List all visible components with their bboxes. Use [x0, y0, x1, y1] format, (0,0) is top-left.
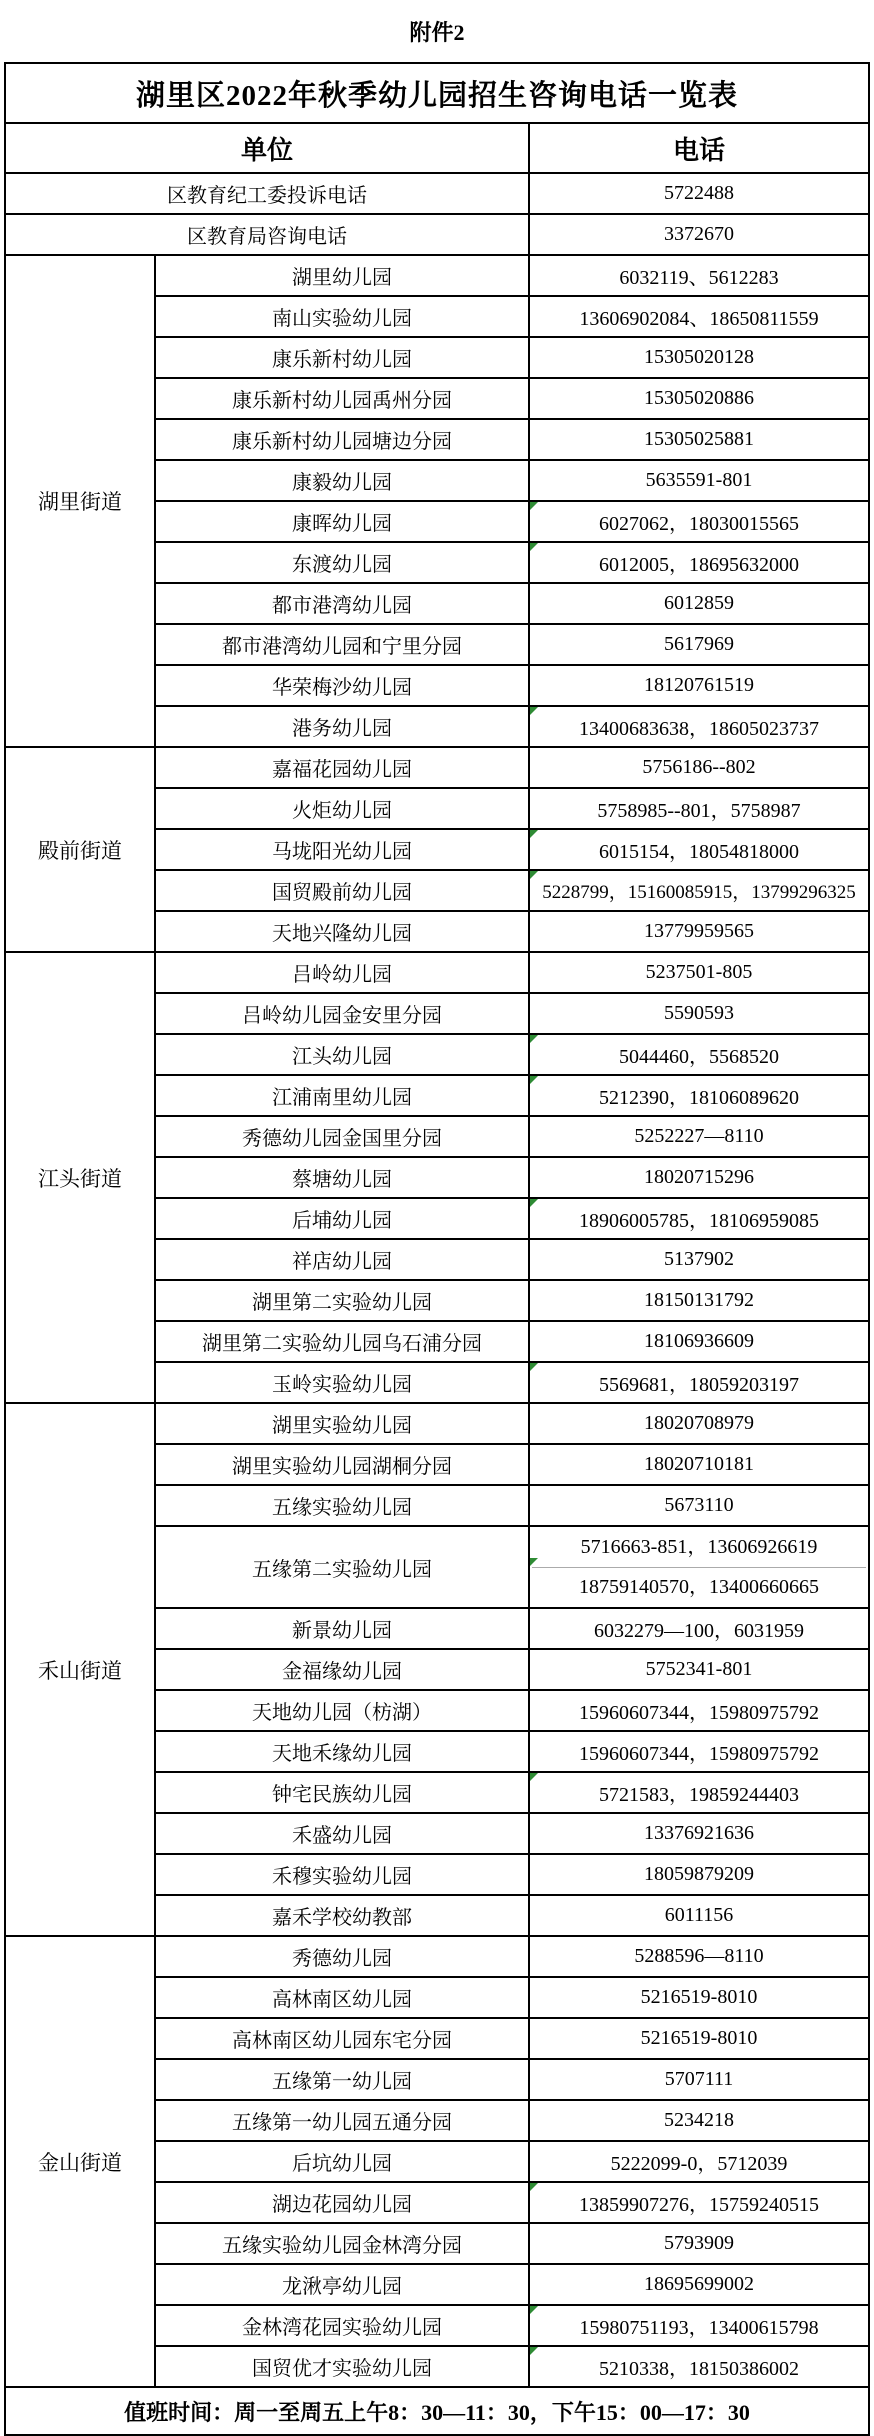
comment-marker-icon: [530, 2306, 538, 2314]
table-row: 区教育局咨询电话3372670: [5, 214, 869, 255]
facility-name: 湖里实验幼儿园湖桐分园: [232, 1456, 452, 1478]
unit-name-cell: 区教育纪工委投诉电话: [5, 173, 529, 214]
facility-name: 华荣梅沙幼儿园: [272, 677, 412, 699]
phone-cell: 5635591-801: [529, 460, 869, 501]
phone-value: 5752341-801: [646, 1658, 753, 1680]
facility-name: 禾穆实验幼儿园: [272, 1866, 412, 1888]
facility-name-cell: 东渡幼儿园: [155, 542, 529, 583]
comment-marker-icon: [530, 1076, 538, 1084]
facility-name-cell: 五缘第一幼儿园五通分园: [155, 2100, 529, 2141]
facility-name-cell: 湖里第二实验幼儿园乌石浦分园: [155, 1321, 529, 1362]
phone-value: 6012005，18695632000: [599, 554, 799, 576]
unit-name: 区教育纪工委投诉电话: [167, 185, 367, 207]
phone-cell: 18150131792: [529, 1280, 869, 1321]
phone-cell: 5793909: [529, 2223, 869, 2264]
phone-cell: 13376921636: [529, 1813, 869, 1854]
phone-cell: 6015154，18054818000: [529, 829, 869, 870]
phone-value: 13376921636: [644, 1822, 754, 1844]
street-group-cell: 湖里街道: [5, 255, 155, 747]
facility-name-cell: 钟宅民族幼儿园: [155, 1772, 529, 1813]
phone-value: 15305020128: [644, 346, 754, 368]
phone-value: 5673110: [664, 1494, 733, 1516]
phone-cell: 18120761519: [529, 665, 869, 706]
footer-row: 值班时间：周一至周五上午8：30—11：30，下午15：00—17：30: [5, 2387, 869, 2435]
facility-name-cell: 港务幼儿园: [155, 706, 529, 747]
phone-cell: 5722488: [529, 173, 869, 214]
facility-name-cell: 五缘第二实验幼儿园: [155, 1526, 529, 1608]
facility-name-cell: 五缘第一幼儿园: [155, 2059, 529, 2100]
phone-value: 18059879209: [644, 1863, 754, 1885]
phone-value: 5722488: [664, 182, 734, 204]
facility-name: 湖里幼儿园: [292, 267, 392, 289]
facility-name-cell: 火炬幼儿园: [155, 788, 529, 829]
phone-value: 6032119、5612283: [619, 267, 778, 289]
facility-name-cell: 后坑幼儿园: [155, 2141, 529, 2182]
phone-value: 15305020886: [644, 387, 754, 409]
phone-value: 5756186--802: [642, 756, 755, 778]
column-header-unit: 单位: [5, 123, 529, 173]
facility-name: 湖边花园幼儿园: [272, 2194, 412, 2216]
comment-marker-icon: [530, 2183, 538, 2191]
facility-name-cell: 康乐新村幼儿园禹州分园: [155, 378, 529, 419]
phone-cell: 5044460，5568520: [529, 1034, 869, 1075]
title-row: 湖里区2022年秋季幼儿园招生咨询电话一览表: [5, 63, 869, 123]
phone-value: 5212390，18106089620: [599, 1087, 799, 1109]
phone-value: 5222099-0，5712039: [611, 2153, 788, 2175]
phone-value: 5716663-851，13606926619: [532, 1528, 866, 1567]
facility-name-cell: 高林南区幼儿园: [155, 1977, 529, 2018]
phone-value: 13606902084、18650811559: [579, 308, 818, 330]
facility-name: 湖里实验幼儿园: [272, 1415, 412, 1437]
phone-value: 6032279—100，6031959: [594, 1620, 804, 1642]
street-group-cell: 殿前街道: [5, 747, 155, 952]
phone-cell: 15960607344，15980975792: [529, 1731, 869, 1772]
facility-name: 江头幼儿园: [292, 1046, 392, 1068]
facility-name-cell: 五缘实验幼儿园: [155, 1485, 529, 1526]
phone-cell: 6027062，18030015565: [529, 501, 869, 542]
facility-name-cell: 天地幼儿园（枋湖）: [155, 1690, 529, 1731]
table-row: 禾山街道湖里实验幼儿园18020708979: [5, 1403, 869, 1444]
table-row: 区教育纪工委投诉电话5722488: [5, 173, 869, 214]
phone-value: 15960607344，15980975792: [579, 1743, 819, 1765]
facility-name-cell: 湖里实验幼儿园湖桐分园: [155, 1444, 529, 1485]
table-row: 湖里街道湖里幼儿园6032119、5612283: [5, 255, 869, 296]
phone-cell: 18106936609: [529, 1321, 869, 1362]
phone-cell: 5756186--802: [529, 747, 869, 788]
phone-cell: 6032119、5612283: [529, 255, 869, 296]
phone-cell: 5237501-805: [529, 952, 869, 993]
facility-name: 吕岭幼儿园金安里分园: [242, 1005, 442, 1027]
facility-name: 国贸优才实验幼儿园: [252, 2358, 432, 2380]
phone-cell: 5222099-0，5712039: [529, 2141, 869, 2182]
phone-value: 18695699002: [644, 2273, 754, 2295]
phone-cell: 5707111: [529, 2059, 869, 2100]
phone-value: 5569681，18059203197: [599, 1374, 799, 1396]
facility-name-cell: 江头幼儿园: [155, 1034, 529, 1075]
table-title: 湖里区2022年秋季幼儿园招生咨询电话一览表: [5, 63, 869, 123]
facility-name: 龙湫亭幼儿园: [282, 2276, 402, 2298]
phone-cell: 6012005，18695632000: [529, 542, 869, 583]
phone-cell: 5228799，15160085915，13799296325: [529, 870, 869, 911]
comment-marker-icon: [530, 1199, 538, 1207]
comment-marker-icon: [530, 1363, 538, 1371]
phone-cell: 18695699002: [529, 2264, 869, 2305]
phone-value: 18020710181: [644, 1453, 754, 1475]
facility-name: 五缘第二实验幼儿园: [252, 1559, 432, 1581]
street-group-cell: 江头街道: [5, 952, 155, 1403]
unit-name: 区教育局咨询电话: [187, 226, 347, 248]
phone-value: 5044460，5568520: [619, 1046, 779, 1068]
facility-name: 禾盛幼儿园: [292, 1825, 392, 1847]
phone-value: 6015154，18054818000: [599, 841, 799, 863]
phone-value: 13400683638，18605023737: [579, 718, 819, 740]
facility-name-cell: 吕岭幼儿园: [155, 952, 529, 993]
facility-name: 高林南区幼儿园: [272, 1989, 412, 2011]
facility-name-cell: 金福缘幼儿园: [155, 1649, 529, 1690]
phone-cell: 18020708979: [529, 1403, 869, 1444]
facility-name: 新景幼儿园: [292, 1620, 392, 1642]
facility-name-cell: 禾穆实验幼儿园: [155, 1854, 529, 1895]
phone-cell: 13859907276，15759240515: [529, 2182, 869, 2223]
facility-name-cell: 玉岭实验幼儿园: [155, 1362, 529, 1403]
facility-name: 湖里第二实验幼儿园乌石浦分园: [202, 1333, 482, 1355]
phone-cell: 6011156: [529, 1895, 869, 1936]
facility-name: 后坑幼儿园: [292, 2153, 392, 2175]
facility-name-cell: 五缘实验幼儿园金林湾分园: [155, 2223, 529, 2264]
facility-name: 港务幼儿园: [292, 718, 392, 740]
table-row: 江头街道吕岭幼儿园5237501-805: [5, 952, 869, 993]
facility-name: 高林南区幼儿园东宅分园: [232, 2030, 452, 2052]
facility-name-cell: 新景幼儿园: [155, 1608, 529, 1649]
facility-name-cell: 祥店幼儿园: [155, 1239, 529, 1280]
facility-name: 吕岭幼儿园: [292, 964, 392, 986]
phone-value: 5252227—8110: [634, 1125, 763, 1147]
facility-name-cell: 都市港湾幼儿园: [155, 583, 529, 624]
phone-value: 5137902: [664, 1248, 734, 1270]
facility-name: 秀德幼儿园金国里分园: [242, 1128, 442, 1150]
facility-name: 东渡幼儿园: [292, 554, 392, 576]
facility-name-cell: 蔡塘幼儿园: [155, 1157, 529, 1198]
facility-name-cell: 江浦南里幼儿园: [155, 1075, 529, 1116]
phone-value: 13859907276，15759240515: [579, 2194, 819, 2216]
comment-marker-icon: [530, 502, 538, 510]
facility-name: 国贸殿前幼儿园: [272, 882, 412, 904]
phone-value: 3372670: [664, 223, 734, 245]
facility-name: 金福缘幼儿园: [282, 1661, 402, 1683]
facility-name: 都市港湾幼儿园: [272, 595, 412, 617]
facility-name-cell: 康乐新村幼儿园塘边分园: [155, 419, 529, 460]
facility-name: 康乐新村幼儿园: [272, 349, 412, 371]
facility-name-cell: 高林南区幼儿园东宅分园: [155, 2018, 529, 2059]
facility-name: 五缘实验幼儿园: [272, 1497, 412, 1519]
phone-value: 5758985--801，5758987: [597, 800, 800, 822]
facility-name: 嘉禾学校幼教部: [272, 1907, 412, 1929]
phone-cell: 15305025881: [529, 419, 869, 460]
facility-name-cell: 天地兴隆幼儿园: [155, 911, 529, 952]
phone-cell: 5617969: [529, 624, 869, 665]
phone-cell: 15305020886: [529, 378, 869, 419]
phone-value: 5707111: [665, 2068, 734, 2090]
phone-value: 5590593: [664, 1002, 734, 1024]
facility-name: 江浦南里幼儿园: [272, 1087, 412, 1109]
phone-value: 5793909: [664, 2232, 734, 2254]
phone-value: 6012859: [664, 592, 734, 614]
phone-cell: 15960607344，15980975792: [529, 1690, 869, 1731]
phone-cell: 13779959565: [529, 911, 869, 952]
phone-cell: 6032279—100，6031959: [529, 1608, 869, 1649]
facility-name: 火炬幼儿园: [292, 800, 392, 822]
comment-marker-icon: [530, 707, 538, 715]
phone-value: 5288596—8110: [634, 1945, 763, 1967]
phone-value: 6027062，18030015565: [599, 513, 799, 535]
phone-directory-table: 湖里区2022年秋季幼儿园招生咨询电话一览表 单位 电话 区教育纪工委投诉电话5…: [4, 62, 870, 2436]
table-row: 殿前街道嘉福花园幼儿园5756186--802: [5, 747, 869, 788]
page: { "attachment_label": "附件2", "table": { …: [0, 0, 874, 2436]
phone-value: 15980751193，13400615798: [579, 2317, 818, 2339]
phone-value: 18106936609: [644, 1330, 754, 1352]
facility-name: 蔡塘幼儿园: [292, 1169, 392, 1191]
phone-value: 5228799，15160085915，13799296325: [542, 882, 856, 903]
facility-name: 秀德幼儿园: [292, 1948, 392, 1970]
phone-cell: 18020710181: [529, 1444, 869, 1485]
phone-value: 15305025881: [644, 428, 754, 450]
facility-name: 南山实验幼儿园: [272, 308, 412, 330]
facility-name-cell: 国贸殿前幼儿园: [155, 870, 529, 911]
phone-cell: 5721583，19859244403: [529, 1772, 869, 1813]
facility-name-cell: 康毅幼儿园: [155, 460, 529, 501]
facility-name-cell: 都市港湾幼儿园和宁里分园: [155, 624, 529, 665]
comment-marker-icon: [530, 871, 538, 879]
facility-name: 都市港湾幼儿园和宁里分园: [222, 636, 462, 658]
facility-name-cell: 康晖幼儿园: [155, 501, 529, 542]
facility-name-cell: 禾盛幼儿园: [155, 1813, 529, 1854]
street-group-cell: 金山街道: [5, 1936, 155, 2387]
phone-value: 18120761519: [644, 674, 754, 696]
phone-cell: 5210338，18150386002: [529, 2346, 869, 2387]
facility-name-cell: 湖边花园幼儿园: [155, 2182, 529, 2223]
facility-name: 天地幼儿园（枋湖）: [252, 1702, 432, 1724]
facility-name-cell: 马垅阳光幼儿园: [155, 829, 529, 870]
facility-name: 康乐新村幼儿园禹州分园: [232, 390, 452, 412]
column-header-phone: 电话: [529, 123, 869, 173]
facility-name-cell: 嘉福花园幼儿园: [155, 747, 529, 788]
phone-cell: 5673110: [529, 1485, 869, 1526]
attachment-label: 附件2: [0, 0, 874, 62]
phone-cell: 5234218: [529, 2100, 869, 2141]
facility-name: 祥店幼儿园: [292, 1251, 392, 1273]
facility-name-cell: 南山实验幼儿园: [155, 296, 529, 337]
comment-marker-icon: [530, 830, 538, 838]
phone-value: 18759140570，13400660665: [532, 1567, 866, 1607]
facility-name: 五缘实验幼儿园金林湾分园: [222, 2235, 462, 2257]
phone-cell: 13606902084、18650811559: [529, 296, 869, 337]
comment-marker-icon: [530, 2347, 538, 2355]
facility-name: 五缘第一幼儿园: [272, 2071, 412, 2093]
facility-name-cell: 康乐新村幼儿园: [155, 337, 529, 378]
phone-value: 5635591-801: [646, 469, 753, 491]
phone-value: 5216519-8010: [641, 1986, 758, 2008]
phone-value: 18020708979: [644, 1412, 754, 1434]
facility-name-cell: 金林湾花园实验幼儿园: [155, 2305, 529, 2346]
comment-marker-icon: [530, 1558, 538, 1566]
facility-name-cell: 吕岭幼儿园金安里分园: [155, 993, 529, 1034]
phone-value: 5237501-805: [646, 961, 753, 983]
phone-value: 5721583，19859244403: [599, 1784, 799, 1806]
phone-cell: 5216519-8010: [529, 1977, 869, 2018]
phone-cell: 5216519-8010: [529, 2018, 869, 2059]
phone-value: 18150131792: [644, 1289, 754, 1311]
phone-value: 15960607344，15980975792: [579, 1702, 819, 1724]
facility-name: 马垅阳光幼儿园: [272, 841, 412, 863]
facility-name-cell: 国贸优才实验幼儿园: [155, 2346, 529, 2387]
facility-name-cell: 湖里第二实验幼儿园: [155, 1280, 529, 1321]
phone-value: 5210338，18150386002: [599, 2358, 799, 2380]
facility-name: 钟宅民族幼儿园: [272, 1784, 412, 1806]
phone-cell: 5212390，18106089620: [529, 1075, 869, 1116]
phone-cell: 5569681，18059203197: [529, 1362, 869, 1403]
facility-name: 天地兴隆幼儿园: [272, 923, 412, 945]
facility-name-cell: 湖里幼儿园: [155, 255, 529, 296]
phone-cell: 13400683638，18605023737: [529, 706, 869, 747]
street-group-cell: 禾山街道: [5, 1403, 155, 1936]
facility-name: 五缘第一幼儿园五通分园: [232, 2112, 452, 2134]
facility-name-cell: 龙湫亭幼儿园: [155, 2264, 529, 2305]
facility-name: 康毅幼儿园: [292, 472, 392, 494]
phone-cell: 18906005785，18106959085: [529, 1198, 869, 1239]
facility-name: 康乐新村幼儿园塘边分园: [232, 431, 452, 453]
phone-value: 5617969: [664, 633, 734, 655]
phone-value: 18020715296: [644, 1166, 754, 1188]
duty-hours-note: 值班时间：周一至周五上午8：30—11：30，下午15：00—17：30: [5, 2387, 869, 2435]
phone-value: 5216519-8010: [641, 2027, 758, 2049]
phone-cell: 5590593: [529, 993, 869, 1034]
comment-marker-icon: [530, 543, 538, 551]
phone-cell: 5288596—8110: [529, 1936, 869, 1977]
phone-cell: 18059879209: [529, 1854, 869, 1895]
comment-marker-icon: [530, 1773, 538, 1781]
phone-cell: 6012859: [529, 583, 869, 624]
phone-cell: 3372670: [529, 214, 869, 255]
phone-value: 13779959565: [644, 920, 754, 942]
facility-name-cell: 天地禾缘幼儿园: [155, 1731, 529, 1772]
header-row: 单位 电话: [5, 123, 869, 173]
facility-name: 湖里第二实验幼儿园: [252, 1292, 432, 1314]
phone-cell: 15980751193，13400615798: [529, 2305, 869, 2346]
phone-cell: 15305020128: [529, 337, 869, 378]
phone-value: 18906005785，18106959085: [579, 1210, 819, 1232]
table-row: 金山街道秀德幼儿园5288596—8110: [5, 1936, 869, 1977]
facility-name: 康晖幼儿园: [292, 513, 392, 535]
phone-cell: 5137902: [529, 1239, 869, 1280]
phone-cell: 18020715296: [529, 1157, 869, 1198]
facility-name-cell: 嘉禾学校幼教部: [155, 1895, 529, 1936]
facility-name-cell: 秀德幼儿园: [155, 1936, 529, 1977]
phone-value: 5234218: [664, 2109, 734, 2131]
phone-value: 6011156: [665, 1904, 734, 1926]
unit-name-cell: 区教育局咨询电话: [5, 214, 529, 255]
phone-cell: 5758985--801，5758987: [529, 788, 869, 829]
phone-cell: 5252227—8110: [529, 1116, 869, 1157]
facility-name: 金林湾花园实验幼儿园: [242, 2317, 442, 2339]
facility-name-cell: 华荣梅沙幼儿园: [155, 665, 529, 706]
phone-cell: 5752341-801: [529, 1649, 869, 1690]
facility-name: 后埔幼儿园: [292, 1210, 392, 1232]
comment-marker-icon: [530, 1035, 538, 1043]
phone-cell-split: 5716663-851，1360692661918759140570，13400…: [529, 1526, 869, 1608]
facility-name-cell: 后埔幼儿园: [155, 1198, 529, 1239]
facility-name-cell: 秀德幼儿园金国里分园: [155, 1116, 529, 1157]
facility-name: 玉岭实验幼儿园: [272, 1374, 412, 1396]
facility-name-cell: 湖里实验幼儿园: [155, 1403, 529, 1444]
facility-name: 天地禾缘幼儿园: [272, 1743, 412, 1765]
facility-name: 嘉福花园幼儿园: [272, 759, 412, 781]
